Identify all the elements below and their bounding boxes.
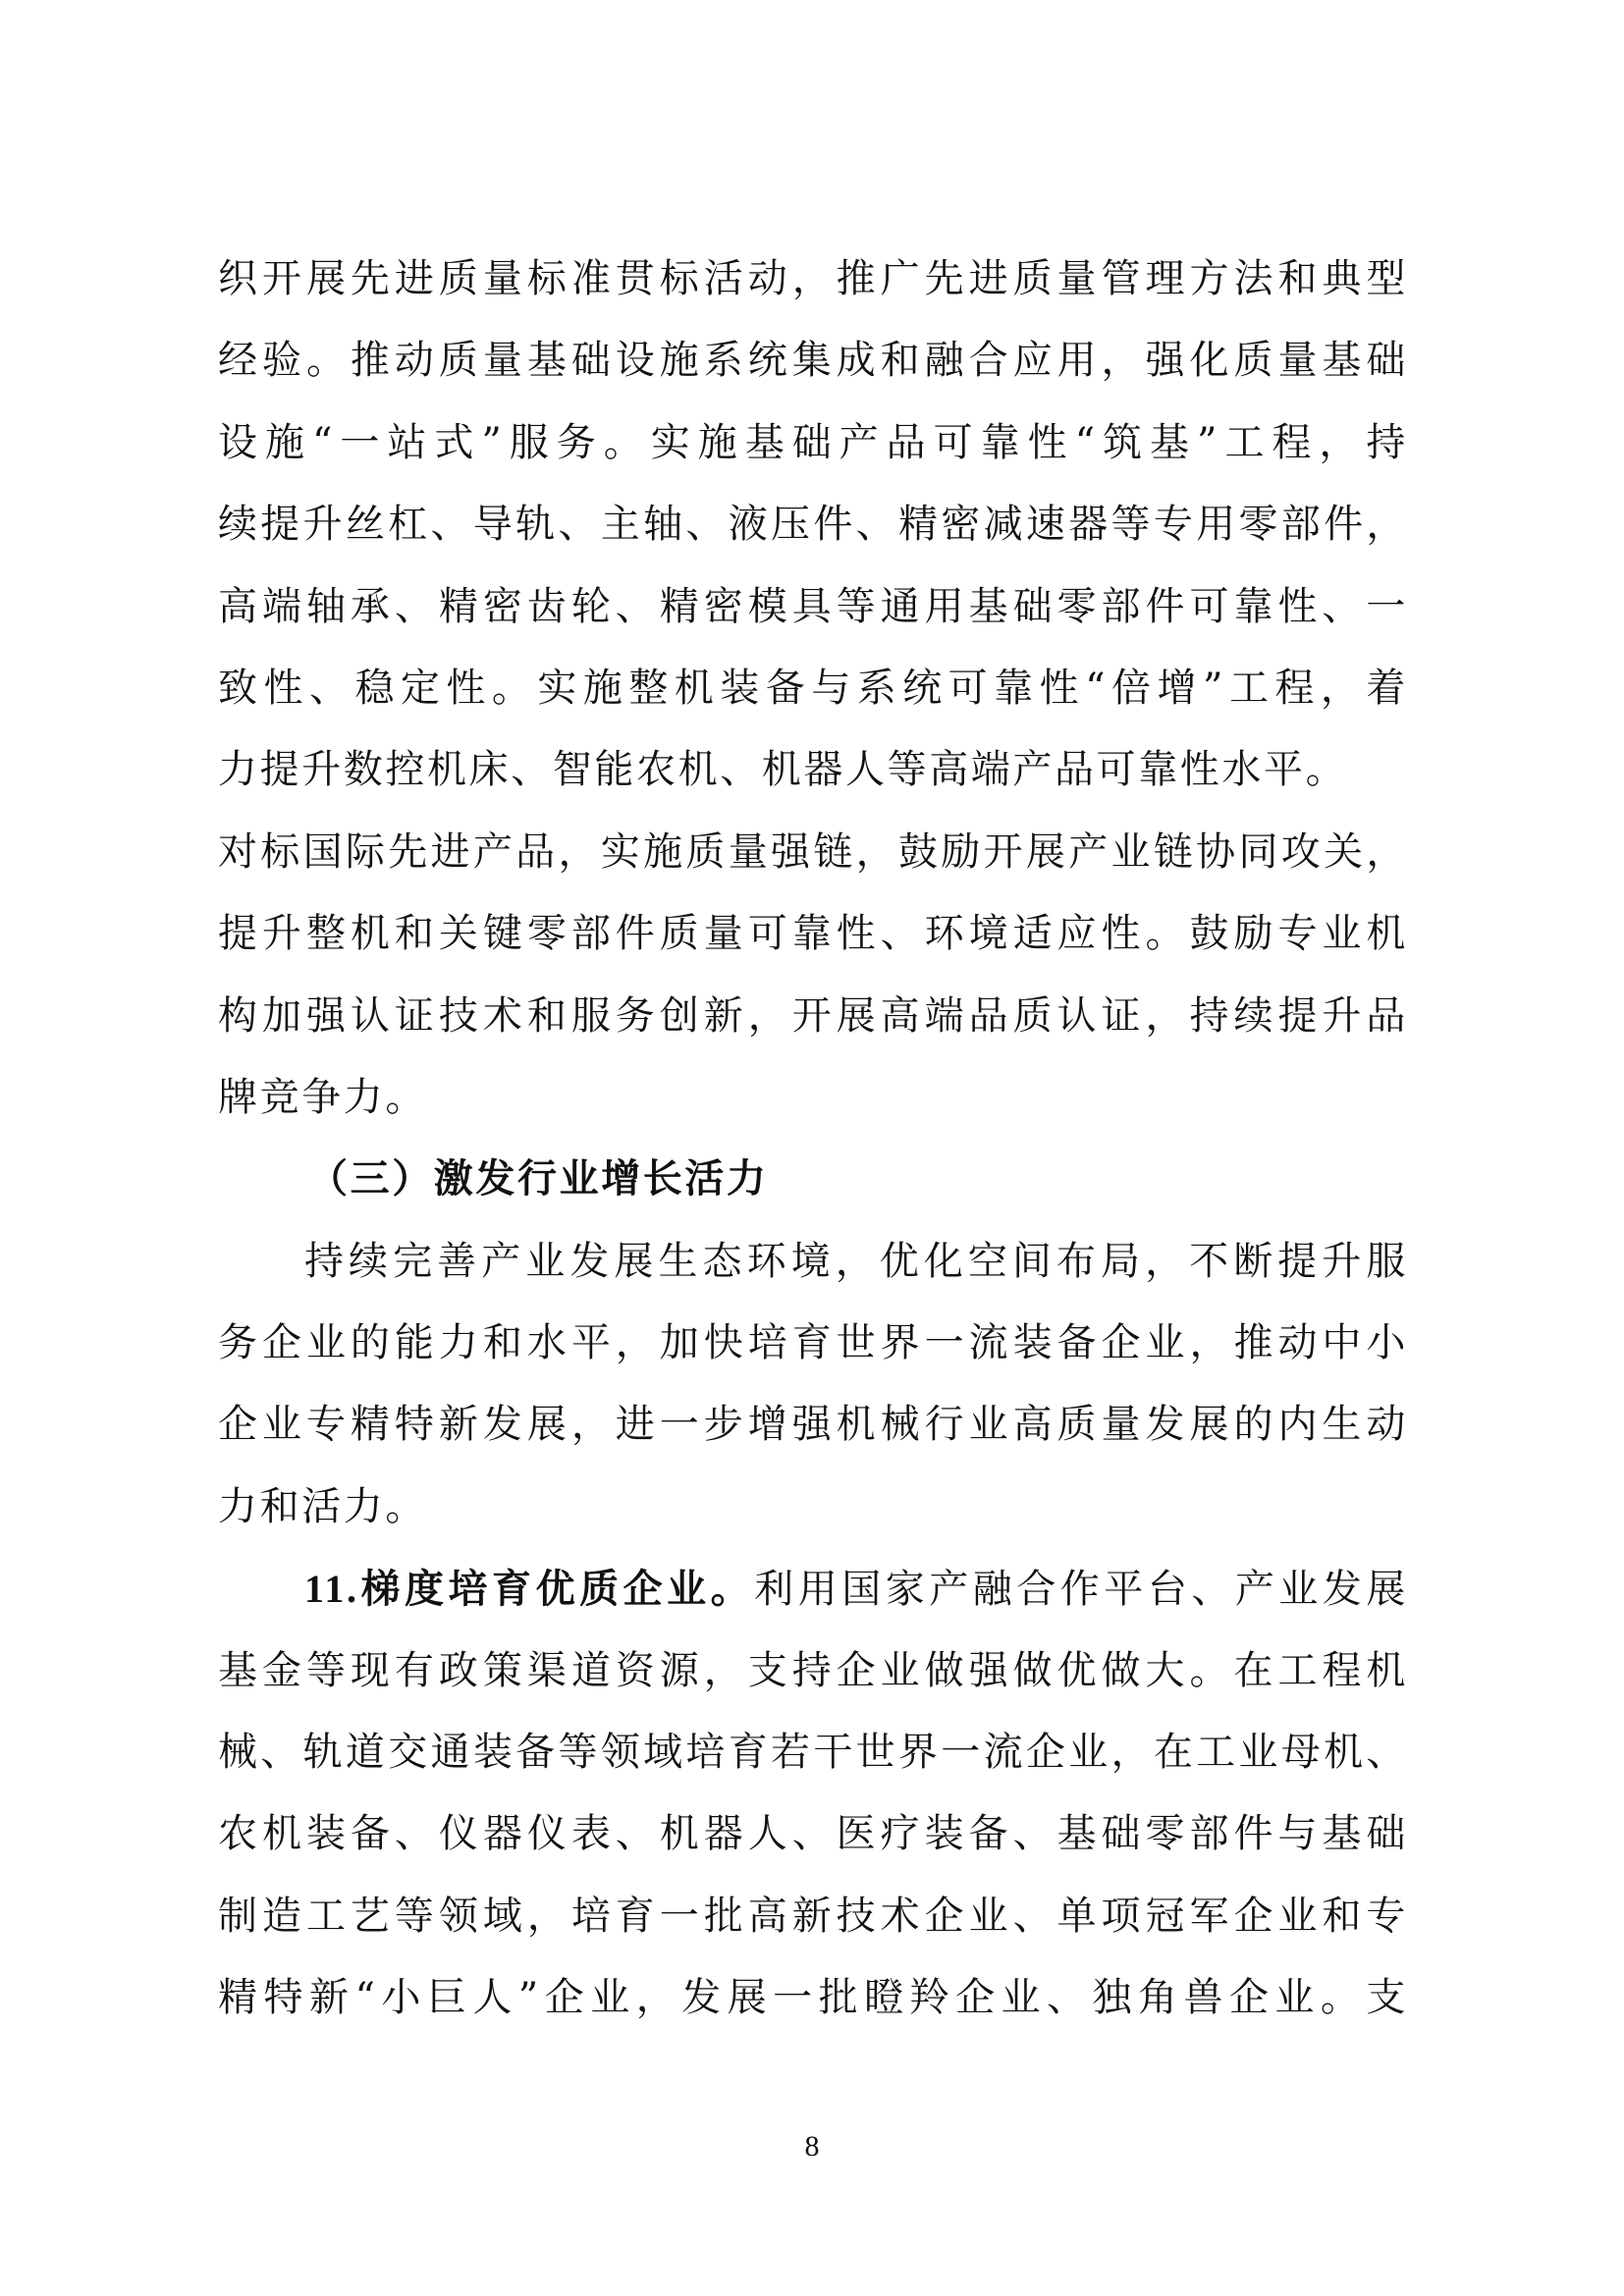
document-page-body: 织开展先进质量标准贯标活动，推广先进质量管理方法和典型 经验。推动质量基础设施系…: [218, 239, 1408, 2040]
paragraph-item-11: 11.梯度培育优质企业。利用国家产融合作平台、产业发展 基金等现有政策渠道资源，…: [218, 1548, 1408, 2039]
item-11-title: 11.梯度培育优质企业。: [304, 1567, 754, 1611]
text-line: 精特新“小巨人”企业，发展一批瞪羚企业、独角兽企业。支: [218, 1957, 1408, 2039]
text-line: 构加强认证技术和服务创新，开展高端品质认证，持续提升品: [218, 976, 1408, 1057]
section-heading: （三）激发行业增长活力: [218, 1139, 1408, 1220]
text-line: 设施“一站式”服务。实施基础产品可靠性“筑基”工程，持: [218, 402, 1408, 484]
text-line: 牌竞争力。: [218, 1057, 1408, 1139]
text-line: 11.梯度培育优质企业。利用国家产融合作平台、产业发展: [218, 1548, 1408, 1629]
paragraph-quality-reliability: 织开展先进质量标准贯标活动，推广先进质量管理方法和典型 经验。推动质量基础设施系…: [218, 239, 1408, 1139]
text-line: 持续完善产业发展生态环境，优化空间布局，不断提升服: [218, 1221, 1408, 1303]
text-line: 高端轴承、精密齿轮、精密模具等通用基础零部件可靠性、一: [218, 566, 1408, 648]
text-line: 力和活力。: [218, 1467, 1408, 1548]
text-line: 农机装备、仪器仪表、机器人、医疗装备、基础零部件与基础: [218, 1793, 1408, 1875]
text-line: 制造工艺等领域，培育一批高新技术企业、单项冠军企业和专: [218, 1876, 1408, 1957]
text-line: 对标国际先进产品，实施质量强链，鼓励开展产业链协同攻关，: [218, 812, 1408, 893]
text-line: 续提升丝杠、导轨、主轴、液压件、精密减速器等专用零部件，: [218, 484, 1408, 565]
item-11-first-line-text: 利用国家产融合作平台、产业发展: [754, 1567, 1408, 1612]
paragraph-section-intro: 持续完善产业发展生态环境，优化空间布局，不断提升服 务企业的能力和水平，加快培育…: [218, 1221, 1408, 1549]
text-line: 提升整机和关键零部件质量可靠性、环境适应性。鼓励专业机: [218, 893, 1408, 975]
text-line: 织开展先进质量标准贯标活动，推广先进质量管理方法和典型: [218, 239, 1408, 320]
text-line: 械、轨道交通装备等领域培育若干世界一流企业，在工业母机、: [218, 1712, 1408, 1793]
text-line: 经验。推动质量基础设施系统集成和融合应用，强化质量基础: [218, 320, 1408, 401]
text-line: 致性、稳定性。实施整机装备与系统可靠性“倍增”工程，着: [218, 648, 1408, 729]
text-line: 企业专精特新发展，进一步增强机械行业高质量发展的内生动: [218, 1384, 1408, 1466]
text-line: 力提升数控机床、智能农机、机器人等高端产品可靠性水平。: [218, 729, 1408, 811]
page-number: 8: [0, 2130, 1624, 2163]
text-line: 务企业的能力和水平，加快培育世界一流装备企业，推动中小: [218, 1303, 1408, 1384]
text-line: 基金等现有政策渠道资源，支持企业做强做优做大。在工程机: [218, 1630, 1408, 1712]
